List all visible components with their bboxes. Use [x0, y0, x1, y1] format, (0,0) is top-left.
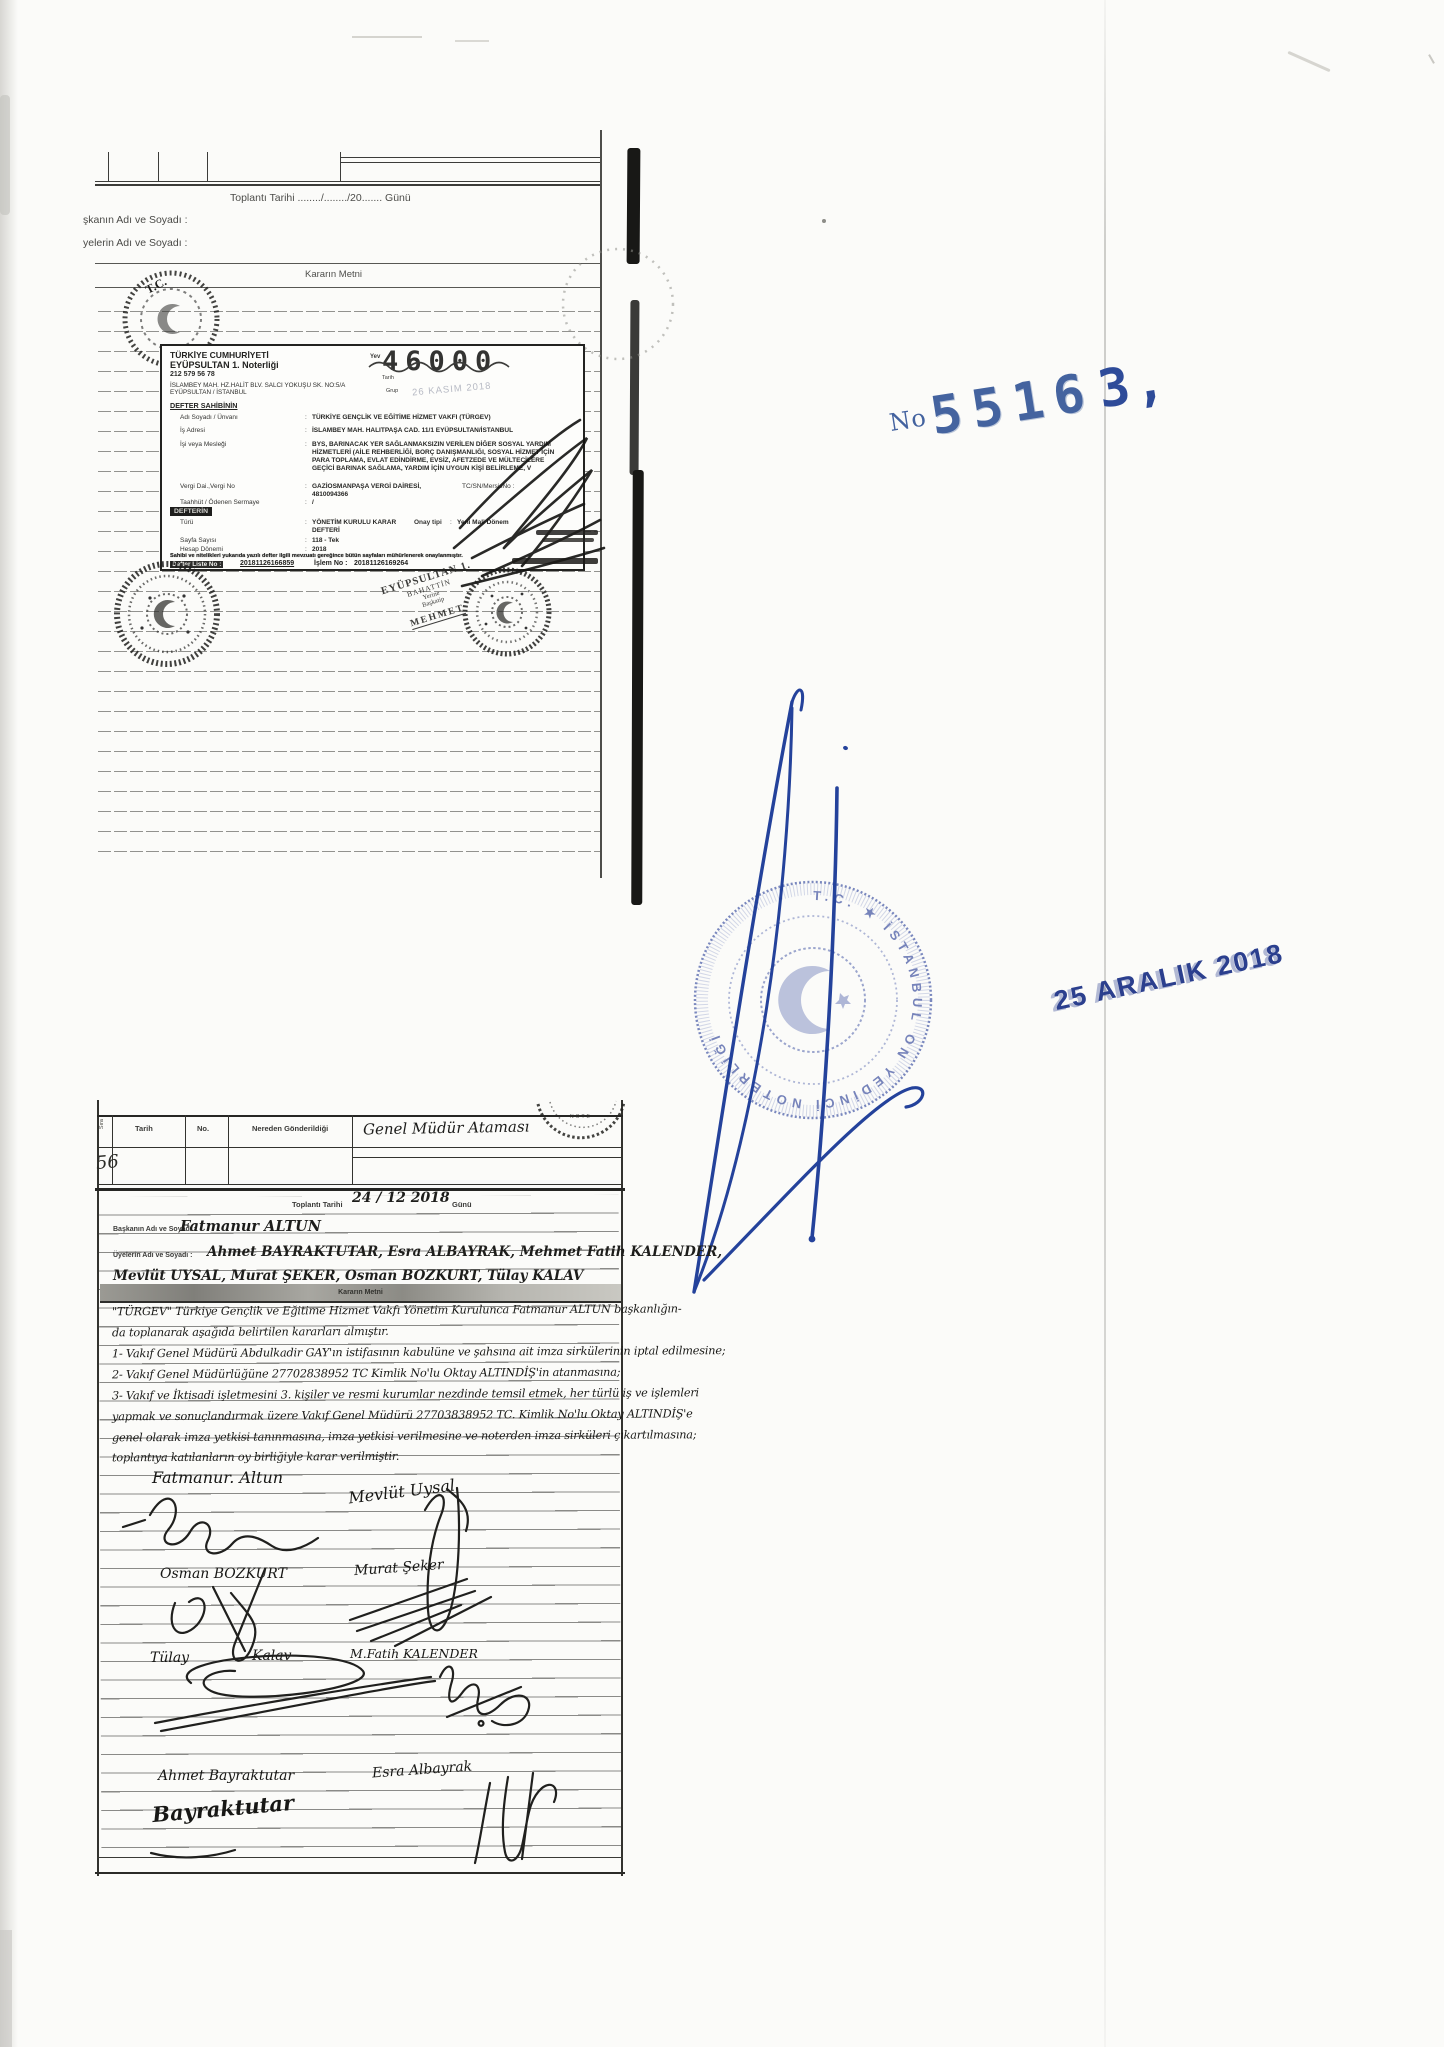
table-header-nereden: Nereden Gönderildiği — [252, 1124, 328, 1133]
meeting-date-prefix: Toplantı Tarihi — [292, 1200, 343, 1209]
pages-colon: : — [305, 537, 307, 544]
top-doc-rule-above-karar2 — [95, 263, 600, 264]
tarih-label: Tarih — [382, 375, 394, 381]
svg-text:T.C.: T.C. — [143, 274, 169, 296]
decision-line: da toplanarak aşağıda belirtilen kararla… — [112, 1324, 620, 1340]
top-doc-partial-rule-2 — [340, 162, 600, 163]
round-seal-left-icon — [112, 558, 222, 670]
owner-name-colon: : — [305, 414, 307, 421]
mersis-value: 4810094366 — [312, 491, 348, 498]
registry-number-digit-last: 3, — [1094, 350, 1173, 420]
notary-office: EYÜPSULTAN 1. Noterliği — [170, 360, 279, 370]
owner-section-header: DEFTER SAHİBİNİN — [170, 401, 238, 410]
table-subject-mid-rule — [352, 1157, 622, 1158]
notary-address-1: İSLAMBEY MAH. HZ.HALİT BLV. SALCI YOKUŞU… — [170, 382, 345, 389]
commit-label: Taahhüt / Ödenen Sermaye — [180, 499, 260, 506]
table-col-side — [112, 1115, 113, 1185]
top-dash-artifact-2 — [455, 40, 489, 42]
members-label: Üyelerin Adı ve Soyadı : — [113, 1252, 193, 1259]
faint-onay-date-stamp: 26 KASIM 2018 — [412, 381, 492, 399]
commit-value: / — [312, 499, 314, 506]
left-edge-smudge-top — [0, 95, 10, 215]
table-header-no: No. — [197, 1124, 209, 1133]
registry-number-prefix: No — [887, 403, 928, 437]
owner-name-label: Adı Soyadı / Ünvanı — [180, 414, 238, 421]
cancel-wave-line-icon — [367, 358, 527, 374]
owner-tax-colon: : — [305, 483, 307, 490]
top-doc-double-rule-b — [95, 184, 600, 186]
top-right-speck — [1428, 50, 1442, 64]
owner-addr-label: İş Adresi — [180, 427, 205, 434]
table-col-2 — [228, 1115, 229, 1185]
decision-line: 2- Vakıf Genel Müdürlüğüne 27702838952 T… — [112, 1366, 620, 1382]
partial-seal-arc-icon: NOTE — [532, 1096, 632, 1156]
defter-liste-number: 20181126166859 — [240, 560, 294, 567]
decision-line: "TÜRGEV" Türkiye Gençlik ve Eğitime Hizm… — [112, 1303, 620, 1319]
defter-type-label: Türü — [180, 519, 193, 526]
grup-label: Grup — [386, 388, 398, 394]
table-col-3 — [352, 1115, 353, 1185]
row-number: 56 — [95, 1151, 120, 1174]
pages-label: Sayfa Sayısı — [180, 537, 217, 544]
notary-address-2: EYÜPSULTAN / İSTANBUL — [170, 389, 247, 396]
decision-line: genel olarak imza yetkisi tanınmasına, i… — [112, 1429, 620, 1445]
top-doc-double-rule-a — [95, 181, 600, 182]
fold-line — [1104, 0, 1106, 2047]
owner-tax-label: Vergi Dai.,Vergi No — [180, 483, 235, 490]
top-doc-decision-header: Kararın Metni — [305, 269, 362, 280]
left-edge-shadow — [0, 0, 18, 2047]
subject-handwritten: Genel Müdür Ataması — [363, 1118, 530, 1139]
notary-phone: 212 579 56 78 — [170, 371, 215, 378]
islem-label: İşlem No : — [314, 560, 347, 567]
table-col-1 — [185, 1115, 186, 1185]
islem-number: 20181126169264 — [354, 560, 408, 567]
defter-section-chip: DEFTERİN — [170, 507, 212, 516]
period-label: Hesap Dönemi — [180, 546, 223, 553]
top-doc-partial-rule-1 — [340, 157, 600, 158]
defter-type-value-1: YÖNETİM KURULU KARAR — [312, 519, 396, 526]
center-page-dot — [822, 219, 826, 223]
round-seal-right-icon — [460, 566, 554, 660]
table-header-tarih: Tarih — [135, 1124, 153, 1133]
date-received-stamp: 25 ARALIK 2018 — [1051, 938, 1286, 1017]
chairman-name: Fatmanur ALTUN — [180, 1218, 321, 1235]
top-doc-tick-3 — [207, 152, 208, 182]
registry-number-digits: 5516 — [926, 362, 1099, 447]
top-doc-chairman-label: şkanın Adı ve Soyadı : — [83, 214, 187, 226]
members-line-2: Mevlüt UYSAL, Murat ŞEKER, Osman BOZKURT… — [113, 1268, 583, 1284]
top-doc-tick-1 — [108, 152, 109, 182]
notary-country: TÜRKİYE CUMHURİYETİ — [170, 350, 269, 360]
top-doc-tick-2 — [158, 152, 159, 182]
partial-seal-arc-text: NOTE — [570, 1114, 592, 1120]
table-row-bottom — [97, 1184, 623, 1185]
period-value: 2018 — [312, 546, 326, 553]
defter-type-colon: : — [305, 519, 307, 526]
commit-colon: : — [305, 499, 307, 506]
table-side-label: Sıra — [99, 1119, 105, 1129]
owner-job-colon: : — [305, 441, 307, 448]
members-line-1: Ahmet BAYRAKTUTAR, Esra ALBAYRAK, Mehmet… — [207, 1244, 722, 1260]
decision-line: 1- Vakıf Genel Müdürü Abdulkadir GAY'ın … — [112, 1345, 620, 1361]
top-doc-members-label: yelerin Adı ve Soyadı : — [83, 237, 187, 249]
owner-addr-colon: : — [305, 427, 307, 434]
decision-line: 3- Vakıf ve İktisadi işletmesini 3. kişi… — [112, 1387, 620, 1403]
top-right-crease-mark — [1287, 51, 1330, 72]
decision-header-band: Kararın Metni — [100, 1284, 621, 1303]
owner-tax-value: GAZİOSMANPAŞA VERGİ DAİRESİ, — [312, 483, 421, 490]
left-edge-smudge-bottom — [0, 1930, 12, 2047]
owner-job-label: İşi veya Mesleği — [180, 441, 226, 448]
meeting-date-suffix: Günü — [452, 1200, 472, 1209]
registry-number-stamp: No 5516 3, — [885, 350, 1173, 453]
defter-type-value-2: DEFTERİ — [312, 527, 340, 534]
decision-header-text: Kararın Metni — [338, 1289, 383, 1296]
signature-scribbles — [95, 1455, 625, 1885]
top-dash-artifact-1 — [352, 36, 422, 38]
pages-value: 118 - Tek — [312, 537, 339, 544]
period-colon: : — [305, 546, 307, 553]
scanned-page: Toplantı Tarihi ......../......../20....… — [0, 0, 1444, 2047]
top-doc-meeting-date-line: Toplantı Tarihi ......../......../20....… — [230, 192, 411, 204]
decision-line: yapmak ve sonuçlandırmak üzere Vakıf Gen… — [112, 1408, 620, 1424]
meeting-date-handwritten: 24 / 12 2018 — [352, 1190, 450, 1206]
onay-type-label: Onay tipi — [414, 519, 442, 526]
